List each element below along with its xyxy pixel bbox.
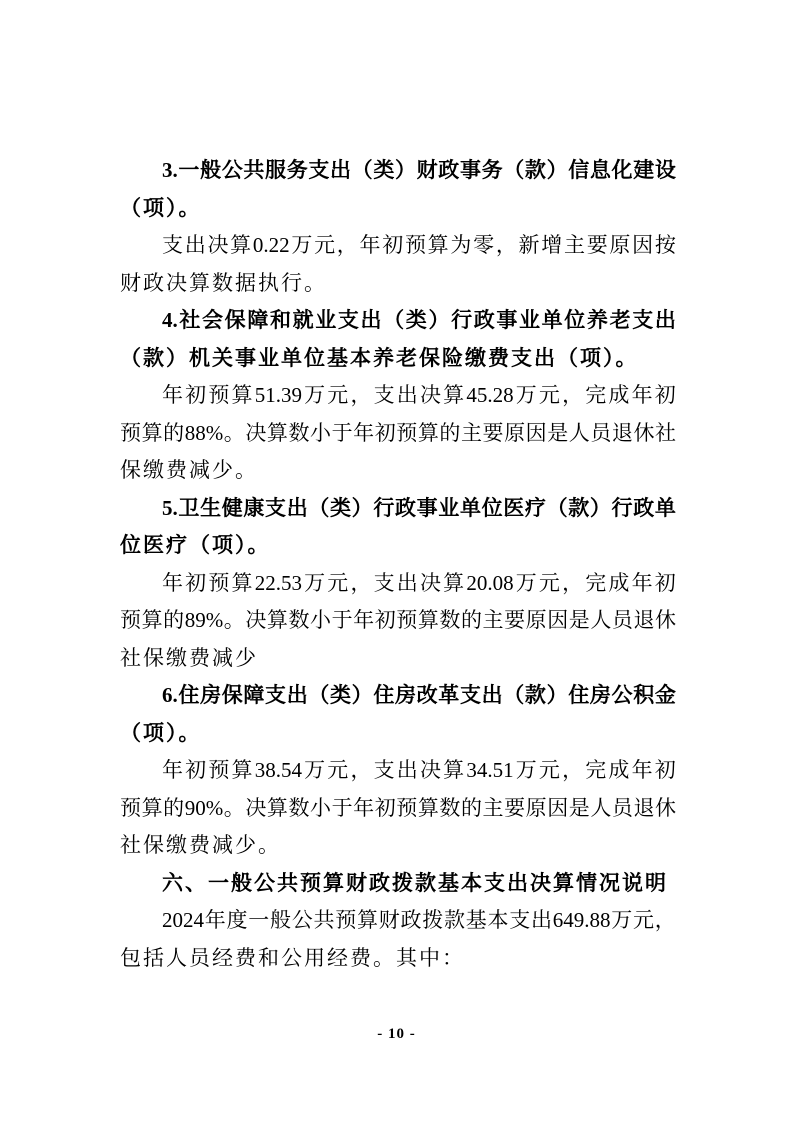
text-token: 公 bbox=[612, 677, 633, 715]
text-token: 休 bbox=[633, 415, 654, 453]
text-token: 年 bbox=[632, 752, 653, 790]
text-token: 算 bbox=[428, 227, 449, 265]
text-line: 六、一般公共预算财政拨款基本支出决算情况说明 bbox=[120, 865, 676, 903]
text-token: 出 bbox=[330, 152, 351, 190]
text-line: 2024年度一般公共预算财政拨款基本支出649.88万元， bbox=[120, 902, 676, 940]
text-token: 出 bbox=[531, 902, 552, 940]
text-token: 出 bbox=[655, 302, 676, 340]
text-token: 会 bbox=[202, 302, 223, 340]
text-token: 位 bbox=[564, 302, 585, 340]
text-token: 款 bbox=[568, 490, 589, 528]
text-token: 。 bbox=[224, 790, 245, 828]
text-line: 5.卫生健康支出（类）行政事业单位医疗（款）行政单 bbox=[120, 490, 676, 528]
text-token: 。 bbox=[224, 415, 245, 453]
text-token: 预 bbox=[120, 790, 141, 828]
text-token: ， bbox=[337, 227, 358, 265]
text-token: 88% bbox=[185, 415, 224, 453]
text-token: ） bbox=[352, 490, 373, 528]
text-token: 类 bbox=[330, 490, 351, 528]
text-token: 要 bbox=[504, 602, 525, 640]
section-5-body: 年初预算22.53万元，支出决算20.08万元，完成年初预算的89%。决算数小于… bbox=[120, 565, 676, 678]
text-token: 社 bbox=[179, 302, 200, 340]
text-token: 预 bbox=[208, 752, 229, 790]
text-token: 保 bbox=[225, 302, 246, 340]
text-token: 休 bbox=[655, 602, 676, 640]
text-token: 2024 bbox=[162, 902, 204, 940]
text-token: 信 bbox=[568, 152, 589, 190]
text-token: ， bbox=[562, 752, 583, 790]
text-token: 要 bbox=[504, 790, 525, 828]
text-token: 单 bbox=[460, 490, 481, 528]
text-token: 一 bbox=[178, 152, 199, 190]
text-token: 算 bbox=[443, 565, 464, 603]
text-line: 社保缴费减少 bbox=[120, 640, 676, 678]
text-token: 预 bbox=[396, 602, 417, 640]
text-token: 服 bbox=[265, 152, 286, 190]
text-token: 康 bbox=[243, 490, 264, 528]
text-token: ） bbox=[547, 152, 568, 190]
text-token: 45.28 bbox=[466, 377, 513, 415]
text-token: 649.88 bbox=[553, 902, 611, 940]
text-token: 决 bbox=[420, 565, 441, 603]
text-token: 医 bbox=[503, 490, 524, 528]
text-token: 类 bbox=[373, 152, 394, 190]
text-token: 因 bbox=[526, 415, 547, 453]
text-token: 元 bbox=[327, 565, 348, 603]
text-token: 事 bbox=[460, 152, 481, 190]
text-token: 是 bbox=[569, 602, 590, 640]
text-token: ） bbox=[395, 152, 416, 190]
text-token: 零 bbox=[473, 227, 494, 265]
text-token: 万 bbox=[516, 377, 537, 415]
text-token: 出 bbox=[397, 752, 418, 790]
text-token: 务 bbox=[482, 152, 503, 190]
text-token: 初 bbox=[655, 752, 676, 790]
text-token: 决 bbox=[245, 790, 266, 828]
text-token: 算 bbox=[418, 790, 439, 828]
text-token: 要 bbox=[587, 227, 608, 265]
text-token: 拨 bbox=[422, 902, 443, 940]
text-line: 支出决算0.22万元，年初预算为零，新增主要原因按 bbox=[120, 227, 676, 265]
text-token: 决 bbox=[420, 377, 441, 415]
text-token: 新 bbox=[519, 227, 540, 265]
text-token: 业 bbox=[438, 490, 459, 528]
text-token: 本 bbox=[488, 902, 509, 940]
text-token: 事 bbox=[417, 490, 438, 528]
text-token: ， bbox=[655, 902, 676, 940]
text-token: 38.54 bbox=[255, 752, 302, 790]
text-token: 公 bbox=[222, 152, 243, 190]
text-token: 支 bbox=[265, 677, 286, 715]
text-token: 政 bbox=[401, 902, 422, 940]
text-token: 初 bbox=[185, 565, 206, 603]
text-token: 退 bbox=[633, 790, 654, 828]
text-token: 万 bbox=[611, 902, 632, 940]
text-token: 退 bbox=[612, 415, 633, 453]
section-liu-body: 2024年度一般公共预算财政拨款基本支出649.88万元，包括人员经费和公用经费… bbox=[120, 902, 676, 977]
text-token: 数 bbox=[439, 602, 460, 640]
text-token: 般 bbox=[270, 902, 291, 940]
text-token: 0.22 bbox=[253, 227, 290, 265]
text-token: 年 bbox=[162, 377, 183, 415]
text-token: 于 bbox=[332, 415, 353, 453]
text-token: 初 bbox=[185, 752, 206, 790]
text-token: 90% bbox=[185, 790, 224, 828]
text-token: 金 bbox=[655, 677, 676, 715]
text-token: 89% bbox=[185, 602, 224, 640]
text-token: 和 bbox=[270, 302, 291, 340]
text-line: 4.社会保障和就业支出（类）行政事业单位养老支出 bbox=[120, 302, 676, 340]
text-token: 房 bbox=[395, 677, 416, 715]
text-line: 3.一般公共服务支出（类）财政事务（款）信息化建设 bbox=[120, 152, 676, 190]
text-token: 款 bbox=[444, 902, 465, 940]
text-token: 成 bbox=[608, 377, 629, 415]
text-token: 万 bbox=[304, 377, 325, 415]
text-token: 员 bbox=[612, 790, 633, 828]
text-token: 度 bbox=[227, 902, 248, 940]
text-token: 数 bbox=[288, 790, 309, 828]
text-token: 退 bbox=[633, 602, 654, 640]
text-token: 。 bbox=[224, 602, 245, 640]
text-token: 休 bbox=[655, 790, 676, 828]
text-token: 主 bbox=[461, 415, 482, 453]
text-token: 支 bbox=[374, 752, 395, 790]
text-token: 22.53 bbox=[255, 565, 302, 603]
text-token: 算 bbox=[142, 602, 163, 640]
text-token: 元 bbox=[539, 565, 560, 603]
text-token: 住 bbox=[568, 677, 589, 715]
text-token: 元 bbox=[539, 377, 560, 415]
text-token: （ bbox=[352, 152, 373, 190]
section-5-heading: 5.卫生健康支出（类）行政事业单位医疗（款）行政单位医疗（项）。 bbox=[120, 490, 676, 565]
section-3-body: 支出决算0.22万元，年初预算为零，新增主要原因按财政决算数据执行。 bbox=[120, 227, 676, 302]
text-token: 算 bbox=[232, 377, 253, 415]
text-token: 业 bbox=[519, 302, 540, 340]
text-token: 卫 bbox=[178, 490, 199, 528]
text-token: 算 bbox=[418, 602, 439, 640]
text-token: 预 bbox=[120, 415, 141, 453]
text-token: 预 bbox=[405, 227, 426, 265]
text-token: 共 bbox=[243, 152, 264, 190]
text-token: 主 bbox=[483, 790, 504, 828]
text-token: （ bbox=[503, 152, 524, 190]
text-token: 算 bbox=[443, 752, 464, 790]
text-token: 共 bbox=[314, 902, 335, 940]
text-token: 预 bbox=[208, 565, 229, 603]
text-token: 4. bbox=[162, 302, 178, 340]
text-token: 元 bbox=[539, 752, 560, 790]
text-token: 人 bbox=[590, 602, 611, 640]
text-token: 单 bbox=[542, 302, 563, 340]
text-token: 人 bbox=[590, 790, 611, 828]
text-token: 数 bbox=[288, 415, 309, 453]
text-token: 预 bbox=[396, 415, 417, 453]
text-token: 的 bbox=[163, 415, 184, 453]
text-token: 单 bbox=[655, 490, 676, 528]
text-token: 34.51 bbox=[466, 752, 513, 790]
text-token: 年 bbox=[632, 565, 653, 603]
text-token: 设 bbox=[655, 152, 676, 190]
text-token: 出 bbox=[397, 565, 418, 603]
text-token: 算 bbox=[357, 902, 378, 940]
text-token: ， bbox=[350, 565, 371, 603]
text-token: 20.08 bbox=[466, 565, 513, 603]
text-token: 初 bbox=[382, 227, 403, 265]
text-token: 是 bbox=[547, 415, 568, 453]
text-token: 算 bbox=[232, 565, 253, 603]
text-token: 支 bbox=[632, 302, 653, 340]
text-token: 支 bbox=[374, 377, 395, 415]
text-token: 人 bbox=[569, 415, 590, 453]
text-token: 行 bbox=[373, 490, 394, 528]
text-token: 住 bbox=[178, 677, 199, 715]
text-token: ） bbox=[547, 677, 568, 715]
text-token: 3. bbox=[162, 152, 178, 190]
text-token: 算 bbox=[142, 790, 163, 828]
text-token: 类 bbox=[330, 677, 351, 715]
text-token: 初 bbox=[185, 377, 206, 415]
text-token: 款 bbox=[525, 677, 546, 715]
text-line: 6.住房保障支出（类）住房改革支出（款）住房公积金 bbox=[120, 677, 676, 715]
text-token: 小 bbox=[310, 790, 331, 828]
text-token: 数 bbox=[288, 602, 309, 640]
text-token: 完 bbox=[585, 377, 606, 415]
text-token: 算 bbox=[443, 377, 464, 415]
text-token: 原 bbox=[526, 790, 547, 828]
text-line: 年初预算22.53万元，支出决算20.08万元，完成年初 bbox=[120, 565, 676, 603]
text-token: 预 bbox=[335, 902, 356, 940]
text-token: 房 bbox=[200, 677, 221, 715]
document-page: 3.一般公共服务支出（类）财政事务（款）信息化建设（项）。支出决算0.22万元，… bbox=[0, 0, 793, 1122]
text-token: 算 bbox=[267, 415, 288, 453]
text-token: 元 bbox=[327, 752, 348, 790]
text-line: 年初预算38.54万元，支出决算34.51万元，完成年初 bbox=[120, 752, 676, 790]
text-token: 万 bbox=[516, 565, 537, 603]
text-token: 出 bbox=[361, 302, 382, 340]
text-token: 算 bbox=[418, 415, 439, 453]
text-token: 政 bbox=[438, 152, 459, 190]
text-token: 的 bbox=[461, 602, 482, 640]
text-line: 保缴费减少。 bbox=[120, 452, 676, 490]
text-token: 成 bbox=[608, 752, 629, 790]
text-line: 年初预算51.39万元，支出决算45.28万元，完成年初 bbox=[120, 377, 676, 415]
text-token: 一 bbox=[248, 902, 269, 940]
text-token: 于 bbox=[332, 790, 353, 828]
text-token: 年 bbox=[360, 227, 381, 265]
text-token: 房 bbox=[590, 677, 611, 715]
text-token: 于 bbox=[332, 602, 353, 640]
text-token: 因 bbox=[632, 227, 653, 265]
text-token: 初 bbox=[375, 415, 396, 453]
text-token: 主 bbox=[483, 602, 504, 640]
text-token: 年 bbox=[162, 752, 183, 790]
text-token: 初 bbox=[375, 790, 396, 828]
text-token: 万 bbox=[291, 227, 312, 265]
text-token: ， bbox=[562, 377, 583, 415]
page-number: - 10 - bbox=[0, 1026, 793, 1043]
text-token: 决 bbox=[245, 602, 266, 640]
text-token: 保 bbox=[222, 677, 243, 715]
text-token: 年 bbox=[353, 790, 374, 828]
text-token: 算 bbox=[267, 602, 288, 640]
text-token: 息 bbox=[590, 152, 611, 190]
text-token: 支 bbox=[265, 490, 286, 528]
text-token: 员 bbox=[590, 415, 611, 453]
text-token: 养 bbox=[587, 302, 608, 340]
text-line: （项）。 bbox=[120, 190, 676, 228]
text-token: 社 bbox=[655, 415, 676, 453]
text-line: 预算的89%。决算数小于年初预算数的主要原因是人员退休 bbox=[120, 602, 676, 640]
text-token: 年 bbox=[162, 565, 183, 603]
text-token: 成 bbox=[608, 565, 629, 603]
text-token: 要 bbox=[483, 415, 504, 453]
text-line: （款）机关事业单位基本养老保险缴费支出（项）。 bbox=[120, 340, 676, 378]
text-token: 年 bbox=[353, 602, 374, 640]
text-token: 初 bbox=[375, 602, 396, 640]
text-token: 政 bbox=[395, 490, 416, 528]
text-token: 的 bbox=[439, 415, 460, 453]
text-token: 初 bbox=[655, 565, 676, 603]
text-token: 住 bbox=[373, 677, 394, 715]
text-token: 支 bbox=[509, 902, 530, 940]
text-token: 生 bbox=[200, 490, 221, 528]
text-token: 完 bbox=[585, 565, 606, 603]
text-token: 年 bbox=[205, 902, 226, 940]
text-token: 业 bbox=[315, 302, 336, 340]
text-token: 就 bbox=[293, 302, 314, 340]
text-token: 公 bbox=[292, 902, 313, 940]
text-token: 原 bbox=[504, 415, 525, 453]
document-content: 3.一般公共服务支出（类）财政事务（款）信息化建设（项）。支出决算0.22万元，… bbox=[120, 152, 676, 977]
text-token: 算 bbox=[267, 790, 288, 828]
text-line: 位医疗（项）。 bbox=[120, 527, 676, 565]
text-token: 小 bbox=[310, 415, 331, 453]
text-token: 完 bbox=[585, 752, 606, 790]
text-token: 预 bbox=[120, 602, 141, 640]
text-token: 决 bbox=[245, 415, 266, 453]
text-token: 财 bbox=[379, 902, 400, 940]
text-token: 出 bbox=[287, 677, 308, 715]
text-token: 数 bbox=[439, 790, 460, 828]
text-token: 的 bbox=[461, 790, 482, 828]
text-token: ， bbox=[496, 227, 517, 265]
text-token: 支 bbox=[308, 152, 329, 190]
text-token: （ bbox=[503, 677, 524, 715]
text-token: 改 bbox=[417, 677, 438, 715]
text-token: 决 bbox=[207, 227, 228, 265]
text-token: 因 bbox=[547, 602, 568, 640]
section-6-body: 年初预算38.54万元，支出决算34.51万元，完成年初预算的90%。决算数小于… bbox=[120, 752, 676, 865]
text-token: （ bbox=[547, 490, 568, 528]
text-token: 老 bbox=[610, 302, 631, 340]
text-token: 积 bbox=[633, 677, 654, 715]
text-token: 支 bbox=[338, 302, 359, 340]
text-token: 5. bbox=[162, 490, 178, 528]
text-token: 的 bbox=[163, 790, 184, 828]
text-token: 员 bbox=[612, 602, 633, 640]
text-line: （项）。 bbox=[120, 715, 676, 753]
text-token: 万 bbox=[304, 752, 325, 790]
text-token: 出 bbox=[482, 677, 503, 715]
text-token: ） bbox=[590, 490, 611, 528]
text-token: 类 bbox=[406, 302, 427, 340]
text-token: ） bbox=[428, 302, 449, 340]
text-token: 基 bbox=[466, 902, 487, 940]
text-token: 出 bbox=[185, 227, 206, 265]
text-token: 事 bbox=[496, 302, 517, 340]
text-line: 预算的88%。决算数小于年初预算的主要原因是人员退休社 bbox=[120, 415, 676, 453]
text-token: 行 bbox=[451, 302, 472, 340]
text-token: 算 bbox=[232, 752, 253, 790]
text-token: 算 bbox=[142, 415, 163, 453]
text-token: 按 bbox=[655, 227, 676, 265]
text-token: 支 bbox=[374, 565, 395, 603]
text-token: 决 bbox=[420, 752, 441, 790]
text-token: （ bbox=[383, 302, 404, 340]
text-token: 是 bbox=[569, 790, 590, 828]
text-token: 51.39 bbox=[255, 377, 302, 415]
text-line: 财政决算数据执行。 bbox=[120, 265, 676, 303]
section-6-heading: 6.住房保障支出（类）住房改革支出（款）住房公积金（项）。 bbox=[120, 677, 676, 752]
text-token: ， bbox=[562, 565, 583, 603]
text-token: 行 bbox=[612, 490, 633, 528]
text-token: 健 bbox=[222, 490, 243, 528]
text-token: ） bbox=[352, 677, 373, 715]
section-liu-heading: 六、一般公共预算财政拨款基本支出决算情况说明 bbox=[120, 865, 676, 903]
text-token: ， bbox=[350, 752, 371, 790]
text-token: 元 bbox=[314, 227, 335, 265]
text-token: 障 bbox=[247, 302, 268, 340]
text-token: ， bbox=[350, 377, 371, 415]
text-token: （ bbox=[308, 677, 329, 715]
text-token: 年 bbox=[632, 377, 653, 415]
text-token: 支 bbox=[460, 677, 481, 715]
text-token: 原 bbox=[609, 227, 630, 265]
text-token: 6. bbox=[162, 677, 178, 715]
text-token: 款 bbox=[525, 152, 546, 190]
text-line: 包括人员经费和公用经费。其中： bbox=[120, 940, 676, 978]
section-4-heading: 4.社会保障和就业支出（类）行政事业单位养老支出（款）机关事业单位基本养老保险缴… bbox=[120, 302, 676, 377]
text-token: 务 bbox=[287, 152, 308, 190]
text-token: 预 bbox=[208, 377, 229, 415]
text-token: 政 bbox=[474, 302, 495, 340]
text-token: 元 bbox=[327, 377, 348, 415]
text-token: 预 bbox=[396, 790, 417, 828]
text-token: 因 bbox=[547, 790, 568, 828]
text-token: 财 bbox=[417, 152, 438, 190]
text-token: 建 bbox=[633, 152, 654, 190]
text-token: 革 bbox=[438, 677, 459, 715]
section-3-heading: 3.一般公共服务支出（类）财政事务（款）信息化建设（项）。 bbox=[120, 152, 676, 227]
text-line: 预算的90%。决算数小于年初预算数的主要原因是人员退休 bbox=[120, 790, 676, 828]
text-token: 元 bbox=[633, 902, 654, 940]
text-token: 政 bbox=[633, 490, 654, 528]
text-token: 主 bbox=[564, 227, 585, 265]
text-token: 出 bbox=[397, 377, 418, 415]
text-token: 化 bbox=[612, 152, 633, 190]
text-token: 原 bbox=[526, 602, 547, 640]
text-token: 万 bbox=[516, 752, 537, 790]
text-token: 出 bbox=[287, 490, 308, 528]
text-token: 年 bbox=[353, 415, 374, 453]
text-token: 支 bbox=[162, 227, 183, 265]
text-line: 社保缴费减少。 bbox=[120, 827, 676, 865]
section-4-body: 年初预算51.39万元，支出决算45.28万元，完成年初预算的88%。决算数小于… bbox=[120, 377, 676, 490]
text-token: 位 bbox=[482, 490, 503, 528]
text-token: （ bbox=[308, 490, 329, 528]
text-token: 算 bbox=[230, 227, 251, 265]
text-token: 为 bbox=[450, 227, 471, 265]
